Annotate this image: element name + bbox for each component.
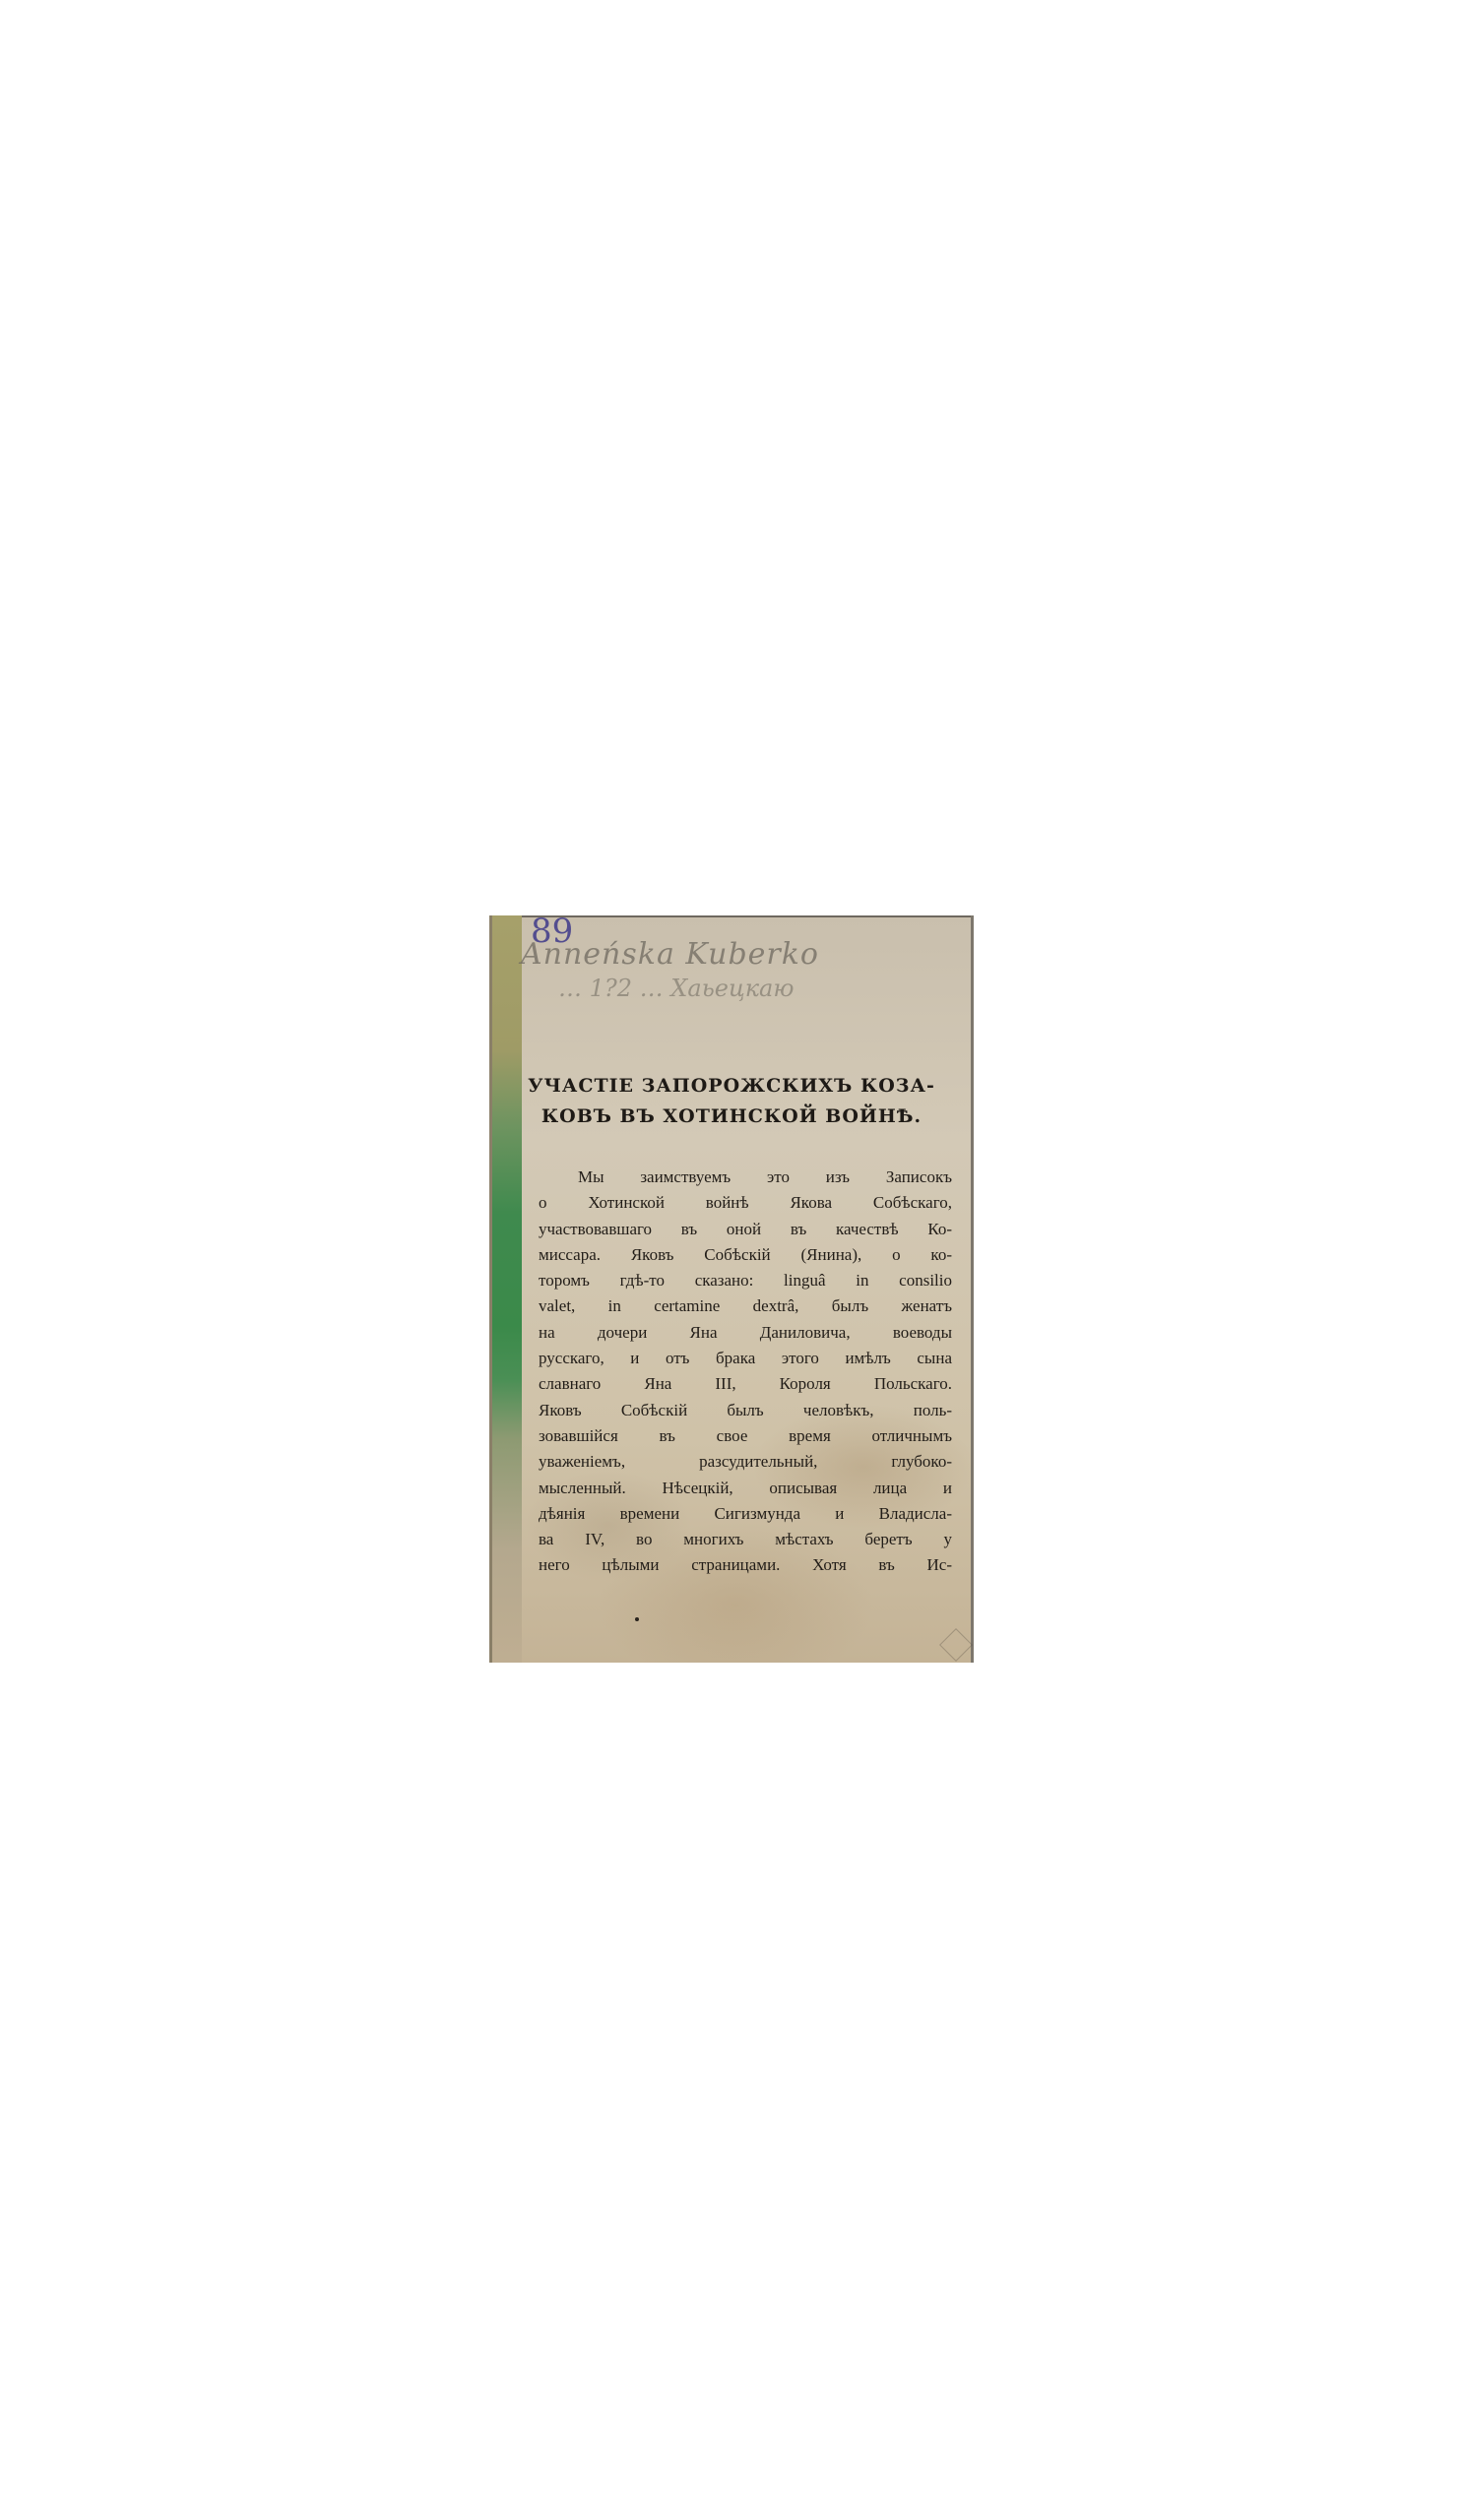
text-line: Яковъ Собѣскій былъ человѣкъ, поль-	[539, 1398, 952, 1423]
handwritten-inscription-line1: Anneńska Kuberko	[521, 937, 819, 972]
text-line: славнаго Яна III, Короля Польскаго.	[539, 1371, 952, 1397]
text-line: участвовавшаго въ оной въ качествѣ Ко-	[539, 1217, 952, 1242]
text-line: уваженіемъ, разсудительный, глубоко-	[539, 1449, 952, 1475]
text-line: торомъ гдѣ-то сказано: linguâ in consili…	[539, 1268, 952, 1293]
document-page: 89 Anneńska Kuberko … 1?2 … Хаьецкаю УЧА…	[489, 915, 974, 1663]
ink-dot	[635, 1617, 639, 1621]
text-line: дѣянія времени Сигизмунда и Владисла-	[539, 1501, 952, 1527]
text-line: на дочери Яна Даниловича, воеводы	[539, 1320, 952, 1346]
text-line: ва IV, во многихъ мѣстахъ беретъ у	[539, 1527, 952, 1552]
text-line: зовавшійся въ свое время отличнымъ	[539, 1423, 952, 1449]
text-line: мысленный. Нѣсецкій, описывая лица и	[539, 1476, 952, 1501]
body-paragraph: Мы заимствуемъ это изъ Записокъ о Хотинс…	[539, 1165, 952, 1579]
corner-mark	[939, 1628, 973, 1662]
handwritten-inscription-line2: … 1?2 … Хаьецкаю	[558, 975, 794, 1002]
text-line: valet, in certamine dextrâ, былъ женатъ	[539, 1293, 952, 1319]
title-line: УЧАСТІЕ ЗАПОРОЖСКИХЪ КОЗА-	[489, 1071, 974, 1102]
text-line: Мы заимствуемъ это изъ Записокъ	[539, 1165, 952, 1190]
title-line: КОВЪ ВЪ ХОТИНСКОЙ ВОЙНѢ.	[489, 1102, 974, 1132]
page-title: УЧАСТІЕ ЗАПОРОЖСКИХЪ КОЗА- КОВЪ ВЪ ХОТИН…	[489, 1071, 974, 1132]
text-line: миссара. Яковъ Собѣскій (Янина), о ко-	[539, 1242, 952, 1268]
text-line: о Хотинской войнѣ Якова Собѣскаго,	[539, 1190, 952, 1216]
green-binding-strip	[492, 915, 522, 1663]
text-line: русскаго, и отъ брака этого имѣлъ сына	[539, 1346, 952, 1371]
text-line: него цѣлыми страницами. Хотя въ Ис-	[539, 1552, 952, 1578]
